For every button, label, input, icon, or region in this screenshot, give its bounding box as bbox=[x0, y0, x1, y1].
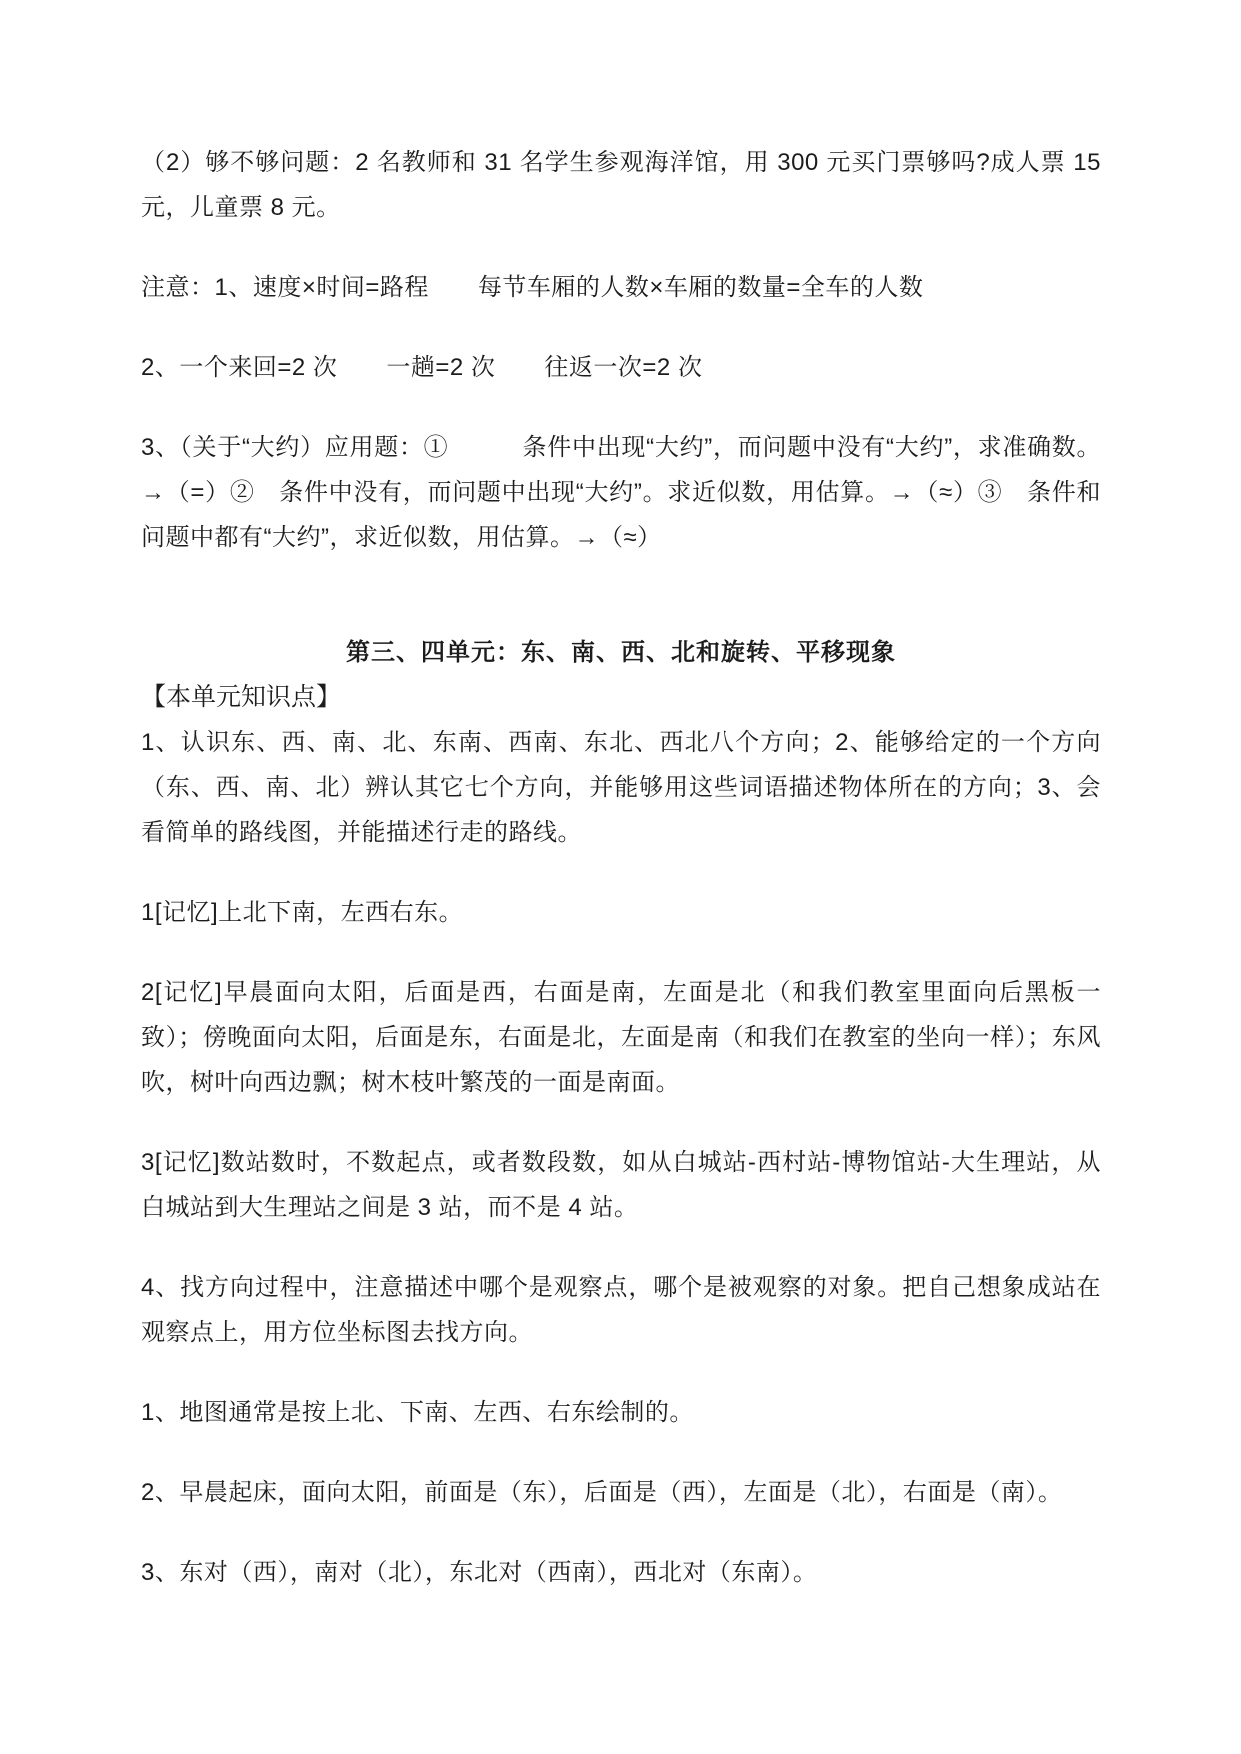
paragraph-find-direction: 4、找方向过程中，注意描述中哪个是观察点，哪个是被观察的对象。把自己想象成站在观… bbox=[141, 1265, 1101, 1355]
paragraph-map-rule: 1、地图通常是按上北、下南、左西、右东绘制的。 bbox=[141, 1390, 1101, 1435]
paragraph-knowledge-points: 1、认识东、西、南、北、东南、西南、东北、西北八个方向；2、能够给定的一个方向（… bbox=[141, 720, 1101, 855]
paragraph-memory-2: 2[记忆]早晨面向太阳，后面是西，右面是南，左面是北（和我们教室里面向后黑板一致… bbox=[141, 970, 1101, 1105]
section-heading: 第三、四单元：东、南、西、北和旋转、平移现象 bbox=[141, 630, 1101, 675]
paragraph-morning-sun: 2、早晨起床，面向太阳，前面是（东），后面是（西），左面是（北），右面是（南）。 bbox=[141, 1470, 1101, 1515]
paragraph-memory-3: 3[记忆]数站数时，不数起点，或者数段数，如从白城站-西村站-博物馆站-大生理站… bbox=[141, 1140, 1101, 1230]
paragraph-memory-1: 1[记忆]上北下南，左西右东。 bbox=[141, 890, 1101, 935]
paragraph-opposites: 3、东对（西），南对（北），东北对（西南），西北对（东南）。 bbox=[141, 1550, 1101, 1595]
paragraph-note-formulas: 注意：1、速度×时间=路程 每节车厢的人数×车厢的数量=全车的人数 bbox=[141, 265, 1101, 310]
document-page: （2）够不够问题：2 名教师和 31 名学生参观海洋馆，用 300 元买门票够吗… bbox=[0, 0, 1241, 1754]
paragraph-approx-rules: 3、（关于“大约）应用题：① 条件中出现“大约”，而问题中没有“大约”，求准确数… bbox=[141, 425, 1101, 560]
paragraph-sufficiency-problem: （2）够不够问题：2 名教师和 31 名学生参观海洋馆，用 300 元买门票够吗… bbox=[141, 140, 1101, 230]
knowledge-points-label: 【本单元知识点】 bbox=[141, 675, 1101, 720]
paragraph-round-trip: 2、一个来回=2 次 一趟=2 次 往返一次=2 次 bbox=[141, 345, 1101, 390]
